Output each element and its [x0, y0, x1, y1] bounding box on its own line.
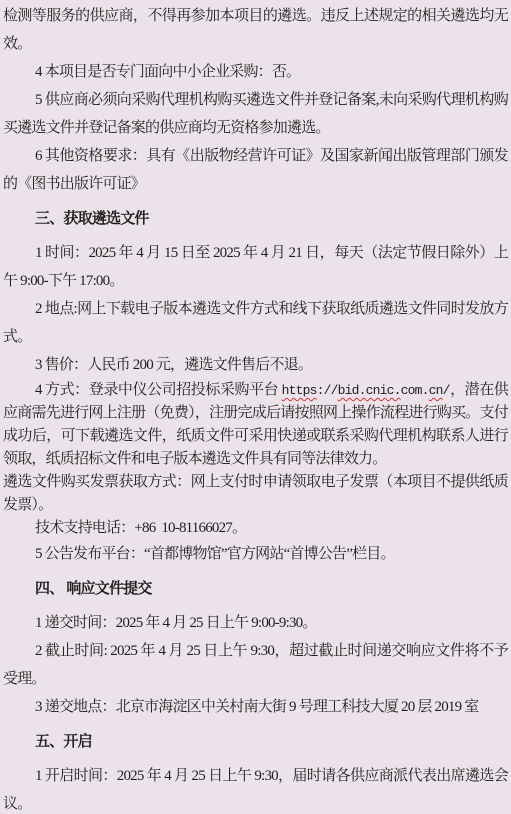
paragraph-tech-support-phone: 技术支持电话：+86 10-81166027。	[3, 517, 508, 540]
platform-url: https://bid.cnic.com.cn/	[282, 383, 450, 398]
url-run-misspelled: cn	[429, 383, 443, 398]
item-location: 2 地点:网上下载电子版本遴选文件方式和线下获取纸质遴选文件同时发放方式。	[3, 295, 508, 351]
heading-response-submission: 四、 响应文件提交	[3, 575, 508, 603]
item-opening-time: 1 开启时间：2025 年 4 月 25 日上午 9:30，届时请各供应商派代表…	[3, 762, 508, 814]
url-run-misspelled: https	[282, 383, 317, 398]
paragraph-invoice-method: 遴选文件购买发票获取方式：网上支付时申请领取电子发票（本项目不提供纸质发票）。	[3, 471, 508, 517]
document-page: 检测等服务的供应商，不得再参加本项目的遴选。违反上述规定的相关遴选均无效。 4 …	[0, 0, 511, 814]
item-price: 3 售价：人民币 200 元，遴选文件售后不退。	[3, 351, 508, 379]
item-submission-address: 3 递交地点：北京市海淀区中关村南大街 9 号理工科技大厦 20 层 2019 …	[3, 693, 508, 721]
item-sme-procurement: 4 本项目是否专门面向中小企业采购：否。	[3, 58, 508, 86]
url-run: ://	[317, 383, 338, 398]
purchase-method-prefix: 4 方式：登录中仪公司招投标采购平台	[35, 382, 282, 398]
url-run: com.	[401, 383, 429, 398]
item-announcement-platform: 5 公告发布平台：“首都博物馆”官方网站“首博公告”栏目。	[3, 540, 508, 568]
url-run-misspelled: cnic.	[366, 383, 401, 398]
heading-obtain-documents: 三、获取遴选文件	[3, 205, 508, 233]
item-registration-requirement: 5 供应商必须向采购代理机构购买遴选文件并登记备案,未向采购代理机构购买遴选文件…	[3, 86, 508, 142]
url-run-misspelled: bid.	[338, 383, 366, 398]
item-purchase-method: 4 方式：登录中仪公司招投标采购平台 https://bid.cnic.com.…	[3, 379, 508, 471]
url-run: /	[443, 383, 450, 398]
heading-opening: 五、开启	[3, 728, 508, 756]
item-submission-time: 1 递交时间：2025 年 4 月 25 日上午 9:00-9:30。	[3, 609, 508, 637]
paragraph-supplier-restriction: 检测等服务的供应商，不得再参加本项目的遴选。违反上述规定的相关遴选均无效。	[3, 2, 508, 58]
item-deadline: 2 截止时间: 2025 年 4 月 25 日上午 9:30，超过截止时间递交响…	[3, 637, 508, 693]
item-other-qualifications: 6 其他资格要求：具有《出版物经营许可证》及国家新闻出版管理部门颁发的《图书出版…	[3, 142, 508, 198]
item-time: 1 时间：2025 年 4 月 15 日至 2025 年 4 月 21 日，每天…	[3, 239, 508, 295]
